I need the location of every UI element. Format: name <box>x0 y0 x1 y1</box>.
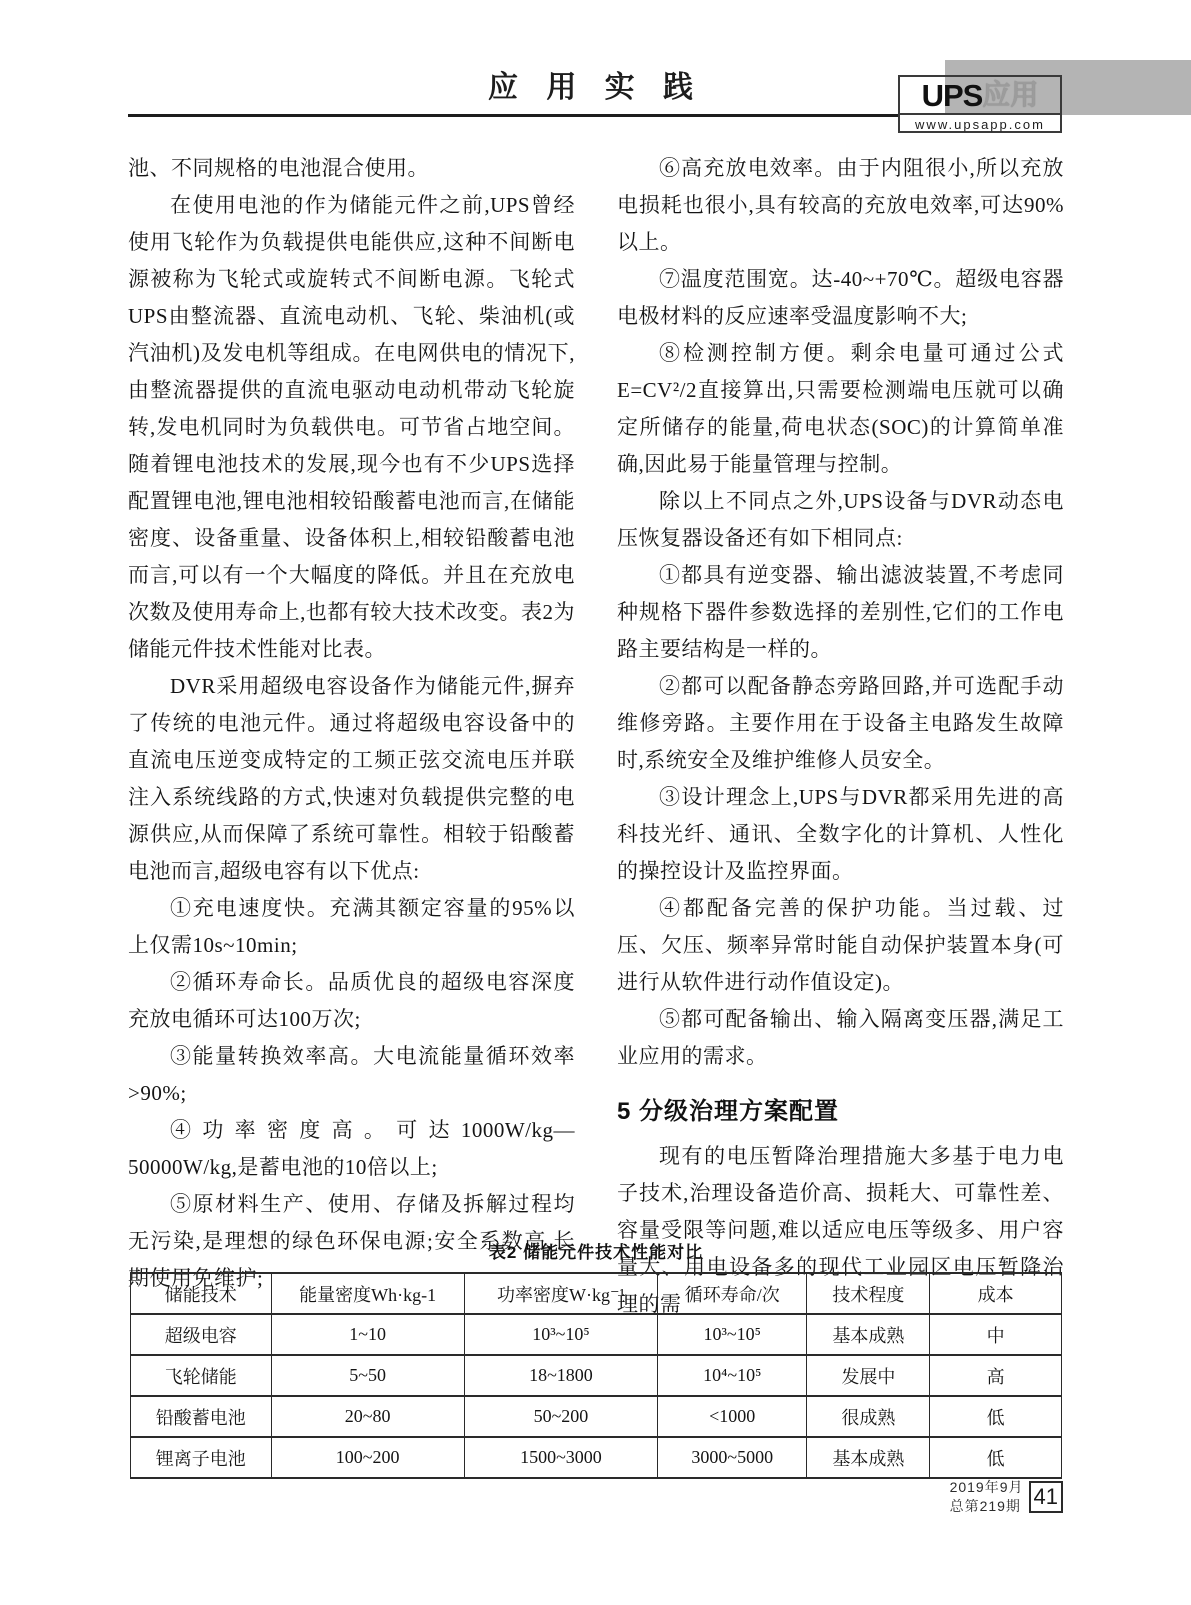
table-header-cell: 循环寿命/次 <box>658 1273 807 1314</box>
table-cell: 超级电容 <box>131 1314 272 1355</box>
left-column: 池、不同规格的电池混合使用。在使用电池的作为储能元件之前,UPS曾经使用飞轮作为… <box>128 150 575 1323</box>
ups-app-logo: UPS应用 www.upsapp.com <box>898 75 1062 133</box>
table-cell: 中 <box>930 1314 1062 1355</box>
table-title: 表2 储能元件技术性能对比 <box>130 1238 1062 1263</box>
paragraph: 在使用电池的作为储能元件之前,UPS曾经使用飞轮作为负载提供电能供应,这种不间断… <box>128 187 575 668</box>
logo-url: www.upsapp.com <box>900 115 1060 133</box>
issue-number: 总第219期 <box>950 1497 1024 1516</box>
table-cell: 20~80 <box>271 1396 464 1437</box>
header-divider <box>128 114 898 117</box>
logo-app-text: 应用 <box>982 81 1038 109</box>
paragraph: ③设计理念上,UPS与DVR都采用先进的高科技光纤、通讯、全数字化的计算机、人性… <box>617 779 1064 890</box>
table-block: 表2 储能元件技术性能对比 储能技术能量密度Wh·kg-1功率密度W·kg⁻¹循… <box>130 1238 1062 1479</box>
table-cell: 3000~5000 <box>658 1437 807 1478</box>
paragraph: ①都具有逆变器、输出滤波装置,不考虑同种规格下器件参数选择的差别性,它们的工作电… <box>617 557 1064 668</box>
document-page: 应 用 实 践 UPS应用 www.upsapp.com 池、不同规格的电池混合… <box>0 0 1191 1605</box>
table-row: 锂离子电池100~2001500~30003000~5000基本成熟低 <box>131 1437 1062 1478</box>
issue-date: 2019年9月 <box>950 1478 1024 1497</box>
table-row: 铅酸蓄电池20~8050~200<1000很成熟低 <box>131 1396 1062 1437</box>
table-row: 飞轮储能5~5018~180010⁴~10⁵发展中高 <box>131 1355 1062 1396</box>
paragraph: ③能量转换效率高。大电流能量循环效率>90%; <box>128 1038 575 1112</box>
table-cell: 发展中 <box>807 1355 930 1396</box>
paragraph: ⑥高充放电效率。由于内阻很小,所以充放电损耗也很小,具有较高的充放电效率,可达9… <box>617 150 1064 261</box>
table-head: 储能技术能量密度Wh·kg-1功率密度W·kg⁻¹循环寿命/次技术程度成本 <box>131 1273 1062 1314</box>
table-cell: 基本成熟 <box>807 1437 930 1478</box>
table-cell: 低 <box>930 1437 1062 1478</box>
table-cell: 飞轮储能 <box>131 1355 272 1396</box>
table-cell: 锂离子电池 <box>131 1437 272 1478</box>
table-cell: 18~1800 <box>464 1355 657 1396</box>
right-column-top: ⑥高充放电效率。由于内阻很小,所以充放电损耗也很小,具有较高的充放电效率,可达9… <box>617 150 1064 1075</box>
performance-table: 储能技术能量密度Wh·kg-1功率密度W·kg⁻¹循环寿命/次技术程度成本 超级… <box>130 1272 1062 1479</box>
table-cell: 很成熟 <box>807 1396 930 1437</box>
table-cell: 铅酸蓄电池 <box>131 1396 272 1437</box>
paragraph: ④都配备完善的保护功能。当过载、过压、欠压、频率异常时能自动保护装置本身(可进行… <box>617 890 1064 1001</box>
section-heading: 5 分级治理方案配置 <box>617 1091 1064 1126</box>
page-number: 41 <box>1029 1481 1063 1513</box>
table-cell: 基本成熟 <box>807 1314 930 1355</box>
paragraph: ②循环寿命长。品质优良的超级电容深度充放电循环可达100万次; <box>128 964 575 1038</box>
table-cell: 1500~3000 <box>464 1437 657 1478</box>
table-cell: 10³~10⁵ <box>464 1314 657 1355</box>
right-column: ⑥高充放电效率。由于内阻很小,所以充放电损耗也很小,具有较高的充放电效率,可达9… <box>617 150 1064 1323</box>
page-footer: 2019年9月 总第219期 41 <box>950 1478 1063 1516</box>
table-cell: 10⁴~10⁵ <box>658 1355 807 1396</box>
paragraph: ⑤都可配备输出、输入隔离变压器,满足工业应用的需求。 <box>617 1001 1064 1075</box>
table-header-cell: 成本 <box>930 1273 1062 1314</box>
issue-info: 2019年9月 总第219期 <box>950 1478 1024 1516</box>
body-columns: 池、不同规格的电池混合使用。在使用电池的作为储能元件之前,UPS曾经使用飞轮作为… <box>128 150 1064 1323</box>
table-header-cell: 功率密度W·kg⁻¹ <box>464 1273 657 1314</box>
table-header-cell: 储能技术 <box>131 1273 272 1314</box>
paragraph: DVR采用超级电容设备作为储能元件,摒弃了传统的电池元件。通过将超级电容设备中的… <box>128 668 575 890</box>
table-cell: 高 <box>930 1355 1062 1396</box>
logo-ups-text: UPS <box>922 80 983 111</box>
paragraph: 池、不同规格的电池混合使用。 <box>128 150 575 187</box>
table-cell: 5~50 <box>271 1355 464 1396</box>
logo-wordmark: UPS应用 <box>900 77 1060 115</box>
table-cell: 1~10 <box>271 1314 464 1355</box>
table-header-cell: 技术程度 <box>807 1273 930 1314</box>
table-header-row: 储能技术能量密度Wh·kg-1功率密度W·kg⁻¹循环寿命/次技术程度成本 <box>131 1273 1062 1314</box>
paragraph: ②都可以配备静态旁路回路,并可选配手动维修旁路。主要作用在于设备主电路发生故障时… <box>617 668 1064 779</box>
paragraph: ⑦温度范围宽。达-40~+70℃。超级电容器电极材料的反应速率受温度影响不大; <box>617 261 1064 335</box>
table-cell: 50~200 <box>464 1396 657 1437</box>
paragraph: ⑧检测控制方便。剩余电量可通过公式E=CV²/2直接算出,只需要检测端电压就可以… <box>617 335 1064 483</box>
table-body: 超级电容1~1010³~10⁵10³~10⁵基本成熟中飞轮储能5~5018~18… <box>131 1314 1062 1478</box>
table-cell: 100~200 <box>271 1437 464 1478</box>
table-cell: 低 <box>930 1396 1062 1437</box>
paragraph: ①充电速度快。充满其额定容量的95%以上仅需10s~10min; <box>128 890 575 964</box>
table-cell: 10³~10⁵ <box>658 1314 807 1355</box>
table-cell: <1000 <box>658 1396 807 1437</box>
table-row: 超级电容1~1010³~10⁵10³~10⁵基本成熟中 <box>131 1314 1062 1355</box>
paragraph: ④功率密度高。可达1000W/kg—50000W/kg,是蓄电池的10倍以上; <box>128 1112 575 1186</box>
table-header-cell: 能量密度Wh·kg-1 <box>271 1273 464 1314</box>
paragraph: 除以上不同点之外,UPS设备与DVR动态电压恢复器设备还有如下相同点: <box>617 483 1064 557</box>
